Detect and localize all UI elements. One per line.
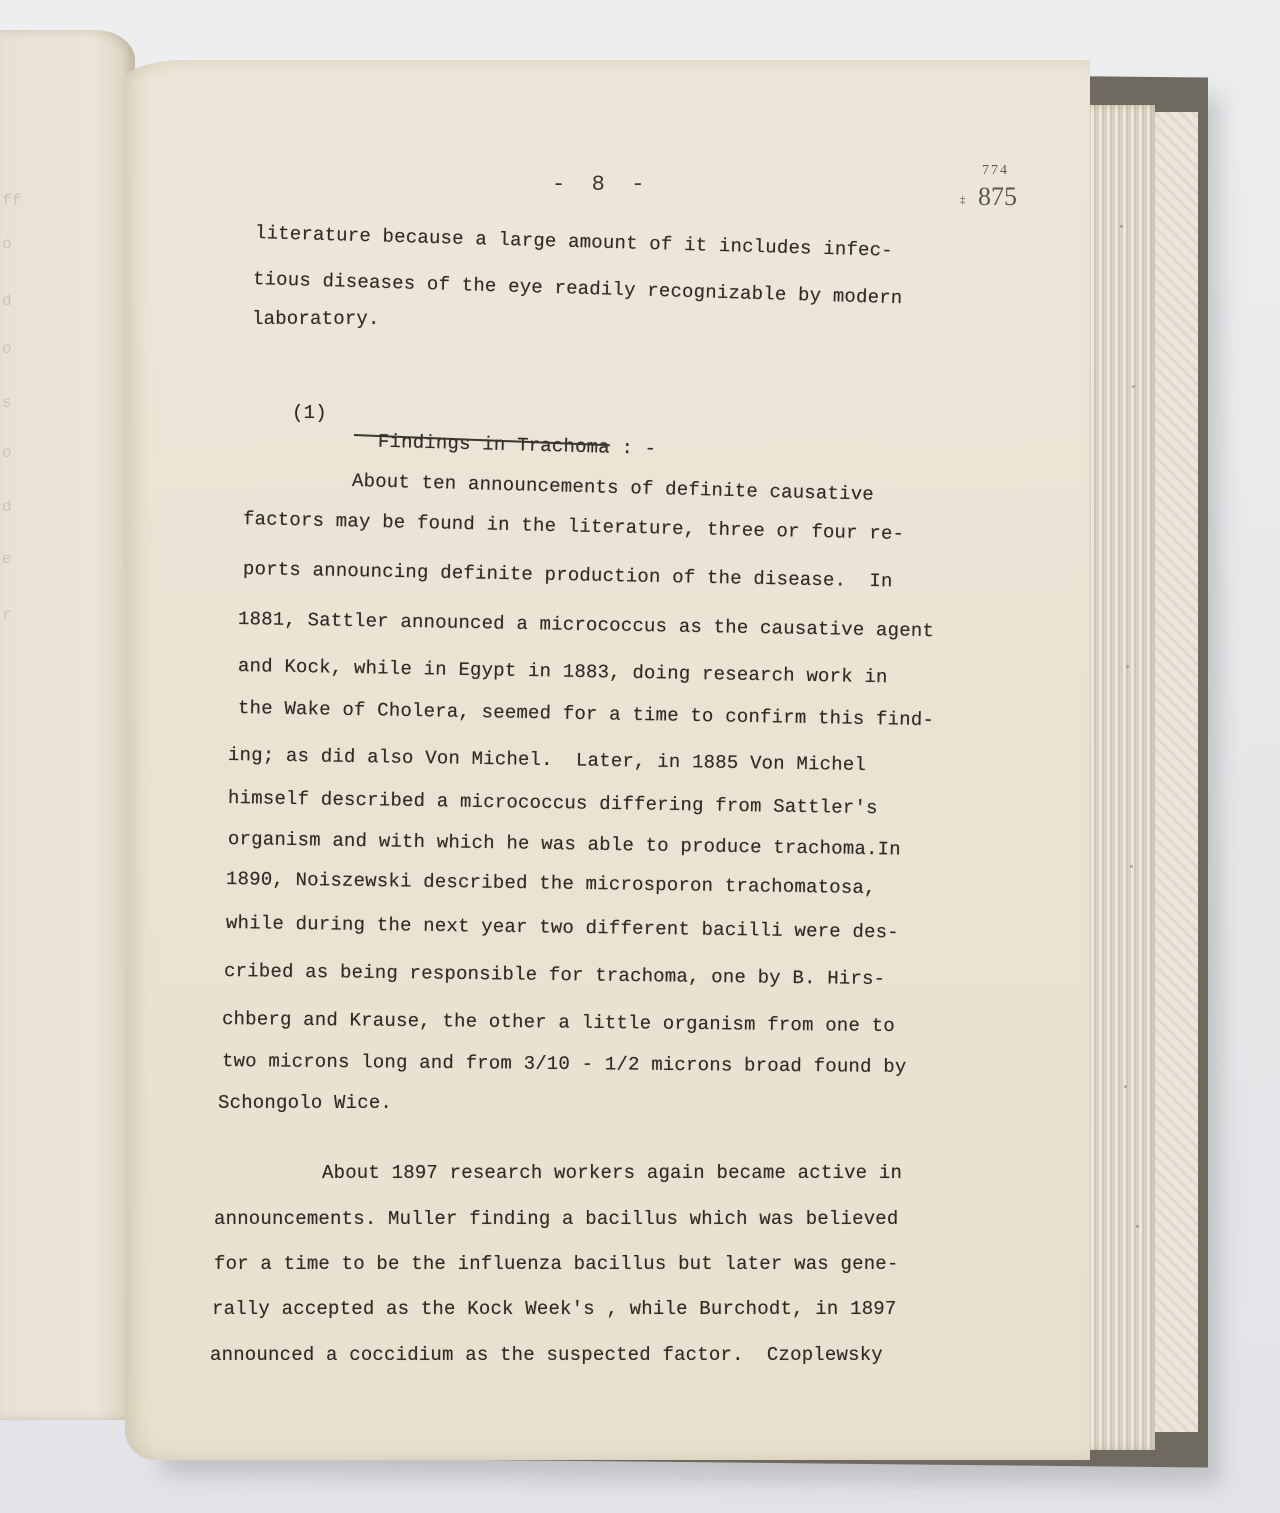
text-line: About 1897 research workers again became… <box>322 1162 902 1184</box>
page-edges <box>1080 105 1155 1450</box>
foxing-stain <box>1136 1225 1139 1228</box>
bleed-through-glyph: o <box>2 444 12 462</box>
archive-number-old: 774 <box>982 163 1009 179</box>
text-line: Schongolo Wice. <box>218 1092 392 1114</box>
bleed-through-glyph: d <box>2 292 12 310</box>
bleed-through-glyph: ff <box>2 192 21 210</box>
left-facing-page: ff o d o s o d e r <box>0 30 135 1420</box>
bleed-through-glyph: r <box>2 606 12 624</box>
foxing-stain <box>1132 385 1135 388</box>
text-line: for a time to be the influenza bacillus … <box>214 1253 899 1275</box>
archive-number-new: 875 <box>978 182 1017 212</box>
archive-mark: ‡ <box>960 194 968 206</box>
foxing-stain <box>1120 225 1123 228</box>
text-line: laboratory. <box>252 308 380 330</box>
page-number: - 8 - <box>552 172 644 197</box>
bleed-through-glyph: o <box>2 340 12 358</box>
section-title: Findings in Trachoma : - <box>354 408 657 460</box>
text-line: announcements. Muller finding a bacillus… <box>214 1208 899 1230</box>
section-number: (1) <box>292 402 327 424</box>
bleed-through-glyph: e <box>2 550 12 568</box>
text-line: rally accepted as the Kock Week's , whil… <box>212 1298 897 1320</box>
foxing-stain <box>1126 665 1129 668</box>
foxing-stain <box>1130 865 1133 868</box>
text-line: announced a coccidium as the suspected f… <box>210 1344 883 1366</box>
foxing-stain <box>1124 1085 1127 1088</box>
bleed-through-glyph: o <box>2 235 12 253</box>
bleed-through-glyph: d <box>2 498 12 516</box>
bleed-through-glyph: s <box>2 394 12 412</box>
section-title-suffix: : - <box>610 437 657 460</box>
